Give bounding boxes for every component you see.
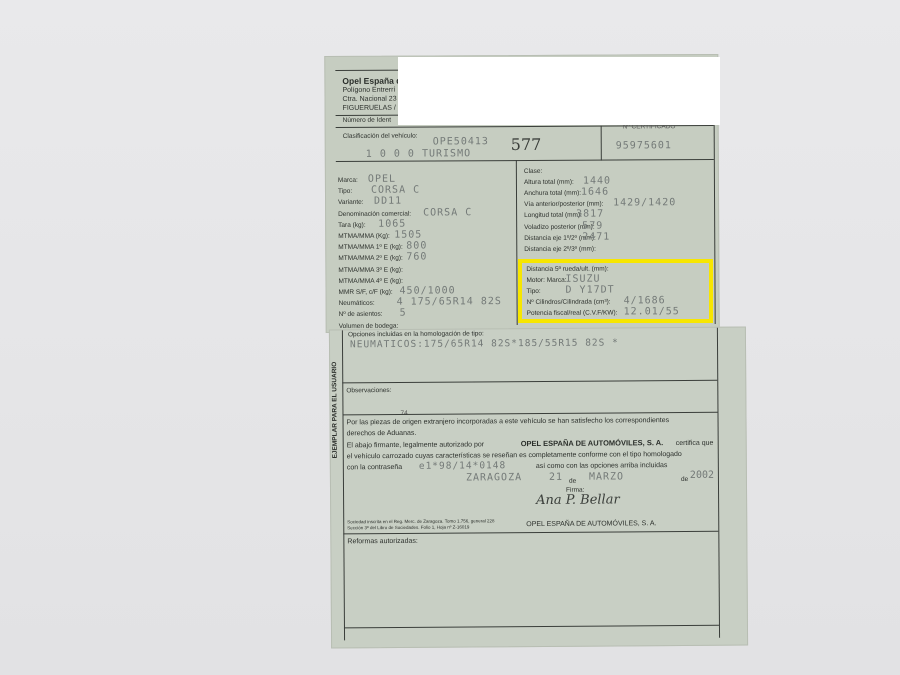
field-label: Nº de asientos: (339, 311, 383, 318)
field-value: 4 175/65R14 82S (397, 296, 502, 308)
field-label: MTMA/MMA (Kg): (338, 233, 390, 240)
cert-line-4: el vehículo carrozado cuyas característi… (347, 451, 682, 460)
cert-line-2: derechos de Aduanas. (347, 430, 417, 437)
address-line-3: FIGUERUELAS / (343, 105, 396, 112)
place: ZARAGOZA (466, 472, 522, 483)
field-label: Denominación comercial: (338, 210, 411, 217)
options-label: Opciones incluidas en la homologación de… (348, 330, 484, 338)
highlight-box (518, 259, 713, 323)
company-footer: OPEL ESPAÑA DE AUTOMÓVILES, S. A. (526, 520, 656, 528)
field-value: 800 (406, 241, 427, 252)
field-label: MTMA/MMA 4º E (kg): (338, 277, 403, 284)
field-label: MTMA/MMA 1º E (kg): (338, 244, 403, 251)
year: 2002 (690, 470, 714, 481)
field-value: 1646 (581, 187, 609, 198)
month: MARZO (589, 471, 624, 482)
registry-line-2: Sección 3ª del Libro de Sociedades. Foli… (347, 524, 469, 530)
id-number-label: Número de Ident (343, 117, 391, 124)
field-label: Altura total (mm): (524, 179, 574, 186)
classification-label: Clasificación del vehículo: (343, 133, 418, 140)
field-label: Clase: (524, 168, 542, 175)
field-value: DD11 (374, 196, 402, 207)
divider (601, 126, 602, 161)
observations-label: Observaciones: (346, 387, 391, 394)
field-label: Tipo: (338, 188, 352, 195)
field-value: 1065 (378, 218, 406, 229)
classification-code: OPE50413 (433, 136, 489, 147)
field-label: Distancia eje 2º/3º (mm): (524, 245, 596, 252)
cert-line-3-pre: El abajo firmante, legalmente autorizado… (347, 441, 484, 449)
divider (344, 625, 719, 629)
registry-line-1: Sociedad inscrita en el Reg. Merc. de Za… (347, 518, 494, 524)
signature: Ana P. Bellar (536, 492, 620, 508)
field-label: Variante: (338, 199, 364, 206)
divider (717, 328, 720, 638)
field-value: 1505 (394, 230, 422, 241)
side-label: EJEMPLAR PARA EL USUARIO (331, 362, 339, 459)
document-bottom-page: EJEMPLAR PARA EL USUARIO Opciones inclui… (329, 327, 748, 649)
reforms-label: Reformas autorizadas: (347, 538, 417, 545)
cert-company: OPEL ESPAÑA DE AUTOMÓVILES, S. A. (521, 438, 664, 448)
handwritten-number: 577 (511, 135, 542, 154)
field-label: Tara (kg): (338, 222, 365, 229)
cert-line-1: Por las piezas de origen extranjero inco… (347, 417, 670, 426)
cert-line-5-pre: con la contraseña (347, 464, 402, 471)
divider (342, 330, 345, 640)
field-value: 450/1000 (399, 285, 455, 296)
classification-category: 1 0 0 0 TURISMO (366, 148, 471, 160)
field-label: Marca: (338, 177, 358, 184)
field-value: 2471 (582, 231, 610, 242)
field-label: MMR S/F, c/F (kg): (338, 289, 392, 296)
field-label: MTMA/MMA 2º E (kg): (338, 255, 403, 262)
field-value: 1429/1420 (613, 197, 676, 208)
approval-code: e1*98/14*0148 (419, 460, 506, 472)
company-name: Opel España d (342, 76, 401, 86)
cert-line-5-post: así como con las opciones arriba incluid… (536, 462, 668, 470)
field-value: 5 (400, 308, 407, 319)
field-label: Anchura total (mm): (524, 190, 581, 197)
day: 21 (549, 472, 563, 483)
options-value: NEUMATICOS:175/65R14 82S*185/55R15 82S * (350, 337, 619, 350)
divider (343, 531, 718, 535)
field-value: CORSA C (371, 185, 420, 196)
field-value: 1440 (583, 176, 611, 187)
field-value: OPEL (368, 174, 396, 185)
address-line-1: Polígono Entrerrí (342, 87, 395, 94)
divider (342, 380, 717, 384)
field-value: 3817 (576, 209, 604, 220)
field-label: MTMA/MMA 3º E (kg): (338, 266, 403, 273)
certificate-number: 95975601 (616, 140, 672, 151)
field-label: Longitud total (mm): (524, 212, 582, 219)
field-label: Neumáticos: (339, 300, 375, 307)
de-label: de (569, 478, 576, 485)
field-label: Vía anterior/posterior (mm): (524, 201, 604, 208)
address-line-2: Ctra. Nacional 23 (342, 96, 396, 103)
cert-line-3-post: certifica que (676, 440, 714, 447)
field-value: CORSA C (423, 207, 472, 218)
divider (342, 412, 717, 416)
redaction-box (398, 57, 720, 125)
field-value: 579 (582, 220, 603, 231)
de-label: de (681, 476, 688, 483)
field-value: 760 (406, 252, 427, 263)
